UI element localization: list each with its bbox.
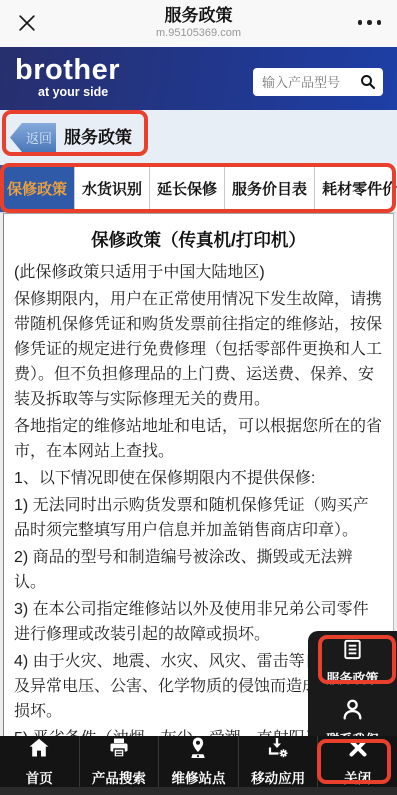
nav-label: 维修站点 [171, 767, 225, 787]
browser-close-icon[interactable] [16, 12, 38, 34]
close-icon [346, 736, 370, 765]
policy-paragraph: 保修期限内，用户在正常使用情况下发生故障，请携带随机保修凭证和购货发票前往指定的… [14, 287, 383, 412]
browser-top-bar: 服务政策 m.95105369.com [0, 0, 397, 47]
brother-wordmark: brother [15, 55, 120, 85]
map-pin-icon [186, 736, 210, 765]
tab-label: 耗材零件价 [322, 178, 397, 199]
nav-label: 移动应用 [251, 767, 305, 787]
back-button[interactable]: 返回 [10, 123, 56, 152]
brother-logo[interactable]: brother at your side [15, 55, 120, 99]
search-input[interactable] [253, 74, 359, 91]
policy-paragraph: (此保修政策只适用于中国大陆地区) [14, 260, 383, 285]
tab-consumables-price[interactable]: 耗材零件价 [315, 165, 397, 212]
document-icon [341, 638, 364, 666]
search-icon[interactable] [359, 73, 377, 91]
product-search-box[interactable] [253, 68, 383, 96]
tab-label: 延长保修 [157, 178, 217, 199]
floating-button-label: 服务政策 [326, 668, 378, 687]
tab-service-price-list[interactable]: 服务价目表 [225, 165, 315, 212]
nav-item-product-search[interactable]: 产品搜索 [80, 736, 160, 787]
browser-more-icon[interactable] [358, 20, 382, 25]
tab-extended-warranty[interactable]: 延长保修 [150, 165, 225, 212]
breadcrumb-title: 服务政策 [64, 110, 132, 161]
brother-tagline: at your side [38, 85, 120, 99]
tab-label: 保修政策 [7, 178, 67, 199]
nav-item-mobile-app[interactable]: 移动应用 [239, 736, 319, 787]
breadcrumb-bar: 返回 服务政策 [0, 110, 397, 165]
page-url: m.95105369.com [60, 27, 337, 40]
tab-label: 水货识别 [82, 178, 142, 199]
download-gear-icon [266, 736, 290, 765]
nav-item-repair-sites[interactable]: 维修站点 [159, 736, 239, 787]
nav-item-close[interactable]: 关闭 [318, 736, 397, 787]
browser-title-block: 服务政策 m.95105369.com [60, 5, 337, 40]
nav-item-home[interactable]: 首页 [0, 736, 80, 787]
site-header: brother at your side [0, 47, 397, 110]
nav-label: 关闭 [344, 767, 371, 787]
policy-tab-bar: 保修政策 水货识别 延长保修 服务价目表 耗材零件价 [0, 165, 397, 213]
policy-paragraph: 1、以下情况即使在保修期限内不提供保修: [14, 466, 383, 491]
policy-paragraph: 1) 无法同时出示购货发票和随机保修凭证（购买产品时须完整填写用户信息并加盖销售… [14, 493, 383, 543]
back-button-label: 返回 [26, 128, 52, 147]
printer-icon [107, 736, 131, 765]
floating-quick-panel: 服务政策 联系我们 [308, 631, 397, 737]
bottom-nav-bar: 首页 产品搜索 [0, 736, 397, 787]
person-icon [340, 697, 365, 727]
page-title: 服务政策 [60, 5, 337, 27]
policy-paragraph: 2) 商品的型号和制造编号被涂改、撕毁或无法辨认。 [14, 545, 383, 595]
tab-gray-market-id[interactable]: 水货识别 [75, 165, 150, 212]
bottom-strip [0, 787, 397, 795]
floating-service-policy-button[interactable]: 服务政策 [308, 631, 397, 690]
nav-label: 首页 [26, 767, 53, 787]
tab-warranty-policy[interactable]: 保修政策 [0, 165, 75, 212]
policy-title: 保修政策（传真机/打印机） [14, 227, 383, 252]
mobile-screen: 服务政策 m.95105369.com brother at your side… [0, 0, 397, 795]
nav-label: 产品搜索 [92, 767, 146, 787]
policy-paragraph: 各地指定的维修站地址和电话，可以根据您所在的省市，在本网站上查找。 [14, 414, 383, 464]
tab-label: 服务价目表 [232, 178, 307, 199]
home-icon [27, 736, 51, 765]
